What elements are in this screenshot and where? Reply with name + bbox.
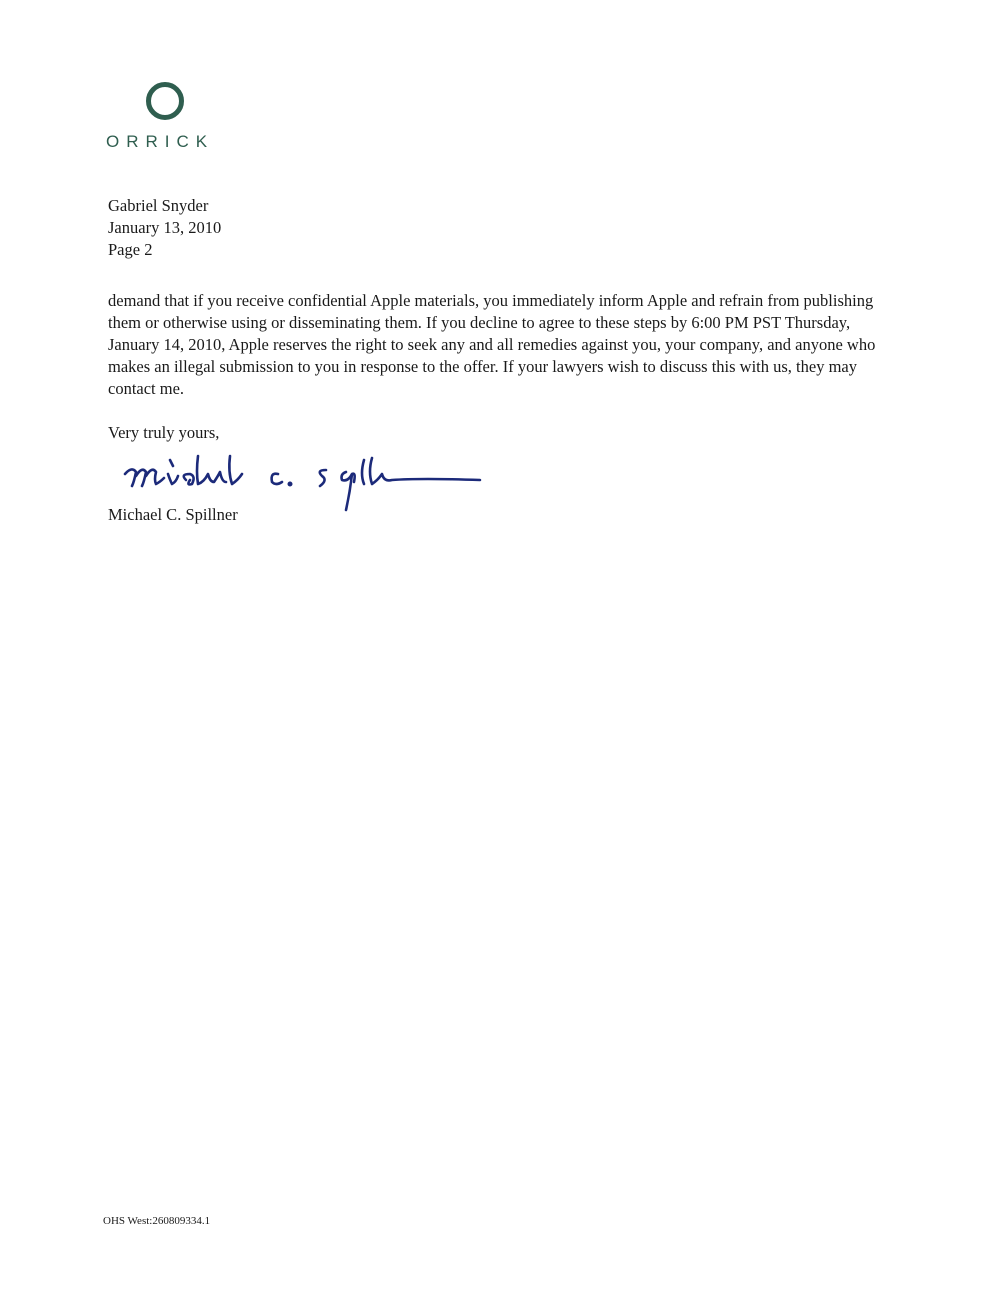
letter-body: demand that if you receive confidential …	[108, 290, 878, 400]
firm-name: ORRICK	[106, 132, 222, 152]
letter-date: January 13, 2010	[108, 217, 221, 239]
signature-icon	[120, 452, 490, 512]
document-reference: OHS West:260809334.1	[103, 1215, 210, 1227]
body-paragraph: demand that if you receive confidential …	[108, 290, 878, 400]
orrick-logo: ORRICK	[106, 82, 222, 152]
letter-header: Gabriel Snyder January 13, 2010 Page 2	[108, 195, 221, 261]
signer-name: Michael C. Spillner	[108, 505, 238, 525]
logo-ring-icon	[146, 82, 184, 120]
recipient-name: Gabriel Snyder	[108, 195, 221, 217]
page-number: Page 2	[108, 239, 221, 261]
closing-salutation: Very truly yours,	[108, 423, 219, 443]
